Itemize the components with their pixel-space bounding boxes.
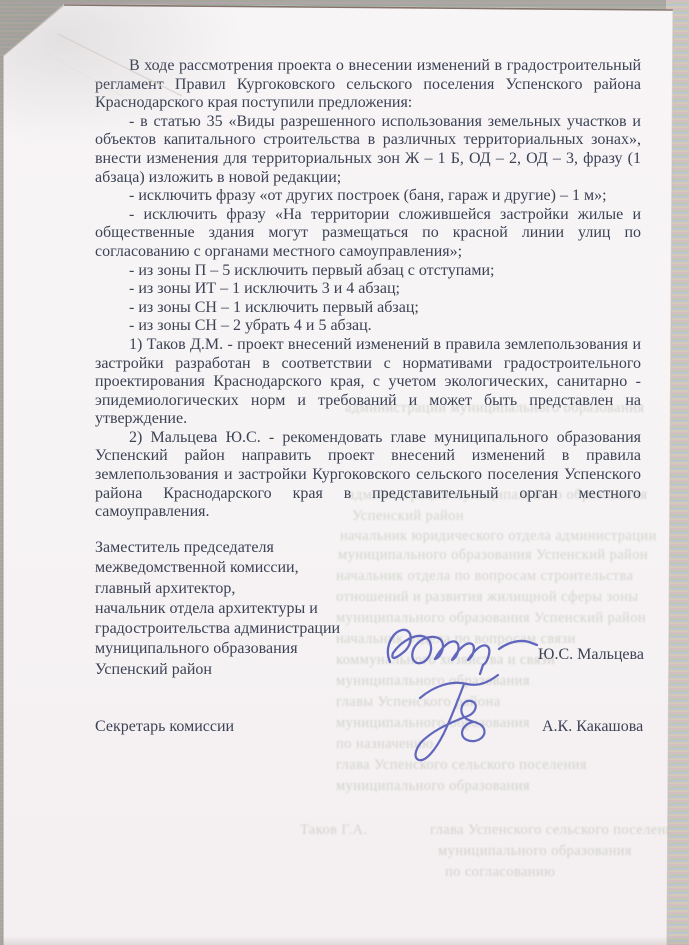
deputy-signatory-name: Ю.С. Мальцева (538, 646, 644, 664)
signature-title-line: начальник отдела архитектуры и (95, 599, 435, 619)
secretary-signatory-name: А.К. Какашова (542, 718, 643, 736)
paragraph: В ходе рассмотрения проекта о внесении и… (95, 57, 641, 113)
bleedthrough-line: Таков Г.А. (300, 822, 367, 839)
signature-title-line: Заместитель председателя (95, 538, 435, 558)
paragraph: - в статью 35 «Виды разрешенного использ… (95, 113, 641, 187)
secretary-label: Секретарь комиссии (95, 718, 234, 736)
paper-sheet: администрации муниципального образования… (0, 0, 689, 945)
scanned-page: администрации муниципального образования… (0, 0, 689, 945)
paragraph: - из зоны ИТ – 1 исключить 3 и 4 абзац; (95, 280, 641, 299)
secretary-signature-ink (406, 672, 524, 772)
paragraph: - из зоны П – 5 исключить первый абзац с… (95, 262, 641, 281)
document-body: В ходе рассмотрения проекта о внесении и… (95, 57, 641, 522)
signature-title-line: межведомственной комиссии, (95, 558, 435, 578)
paragraph: - из зоны СН – 1 исключить первый абзац; (95, 299, 641, 318)
signature-title-line: главный архитектор, (95, 579, 435, 599)
bleedthrough-line: глава Успенского сельского поселения (430, 822, 681, 839)
paragraph: - исключить фразу «от других построек (б… (95, 187, 641, 206)
paragraph: 1) Таков Д.М. - проект внесений изменени… (95, 336, 641, 429)
bleedthrough-line: муниципального образования (336, 778, 530, 795)
bleedthrough-line: муниципального образования (438, 843, 632, 860)
paragraph: 2) Мальцева Ю.С. - рекомендовать главе м… (95, 429, 641, 522)
bleedthrough-line: по согласованию (445, 864, 555, 881)
paragraph: - из зоны СН – 2 убрать 4 и 5 абзац. (95, 317, 641, 336)
paragraph: - исключить фразу «На территории сложивш… (95, 206, 641, 262)
